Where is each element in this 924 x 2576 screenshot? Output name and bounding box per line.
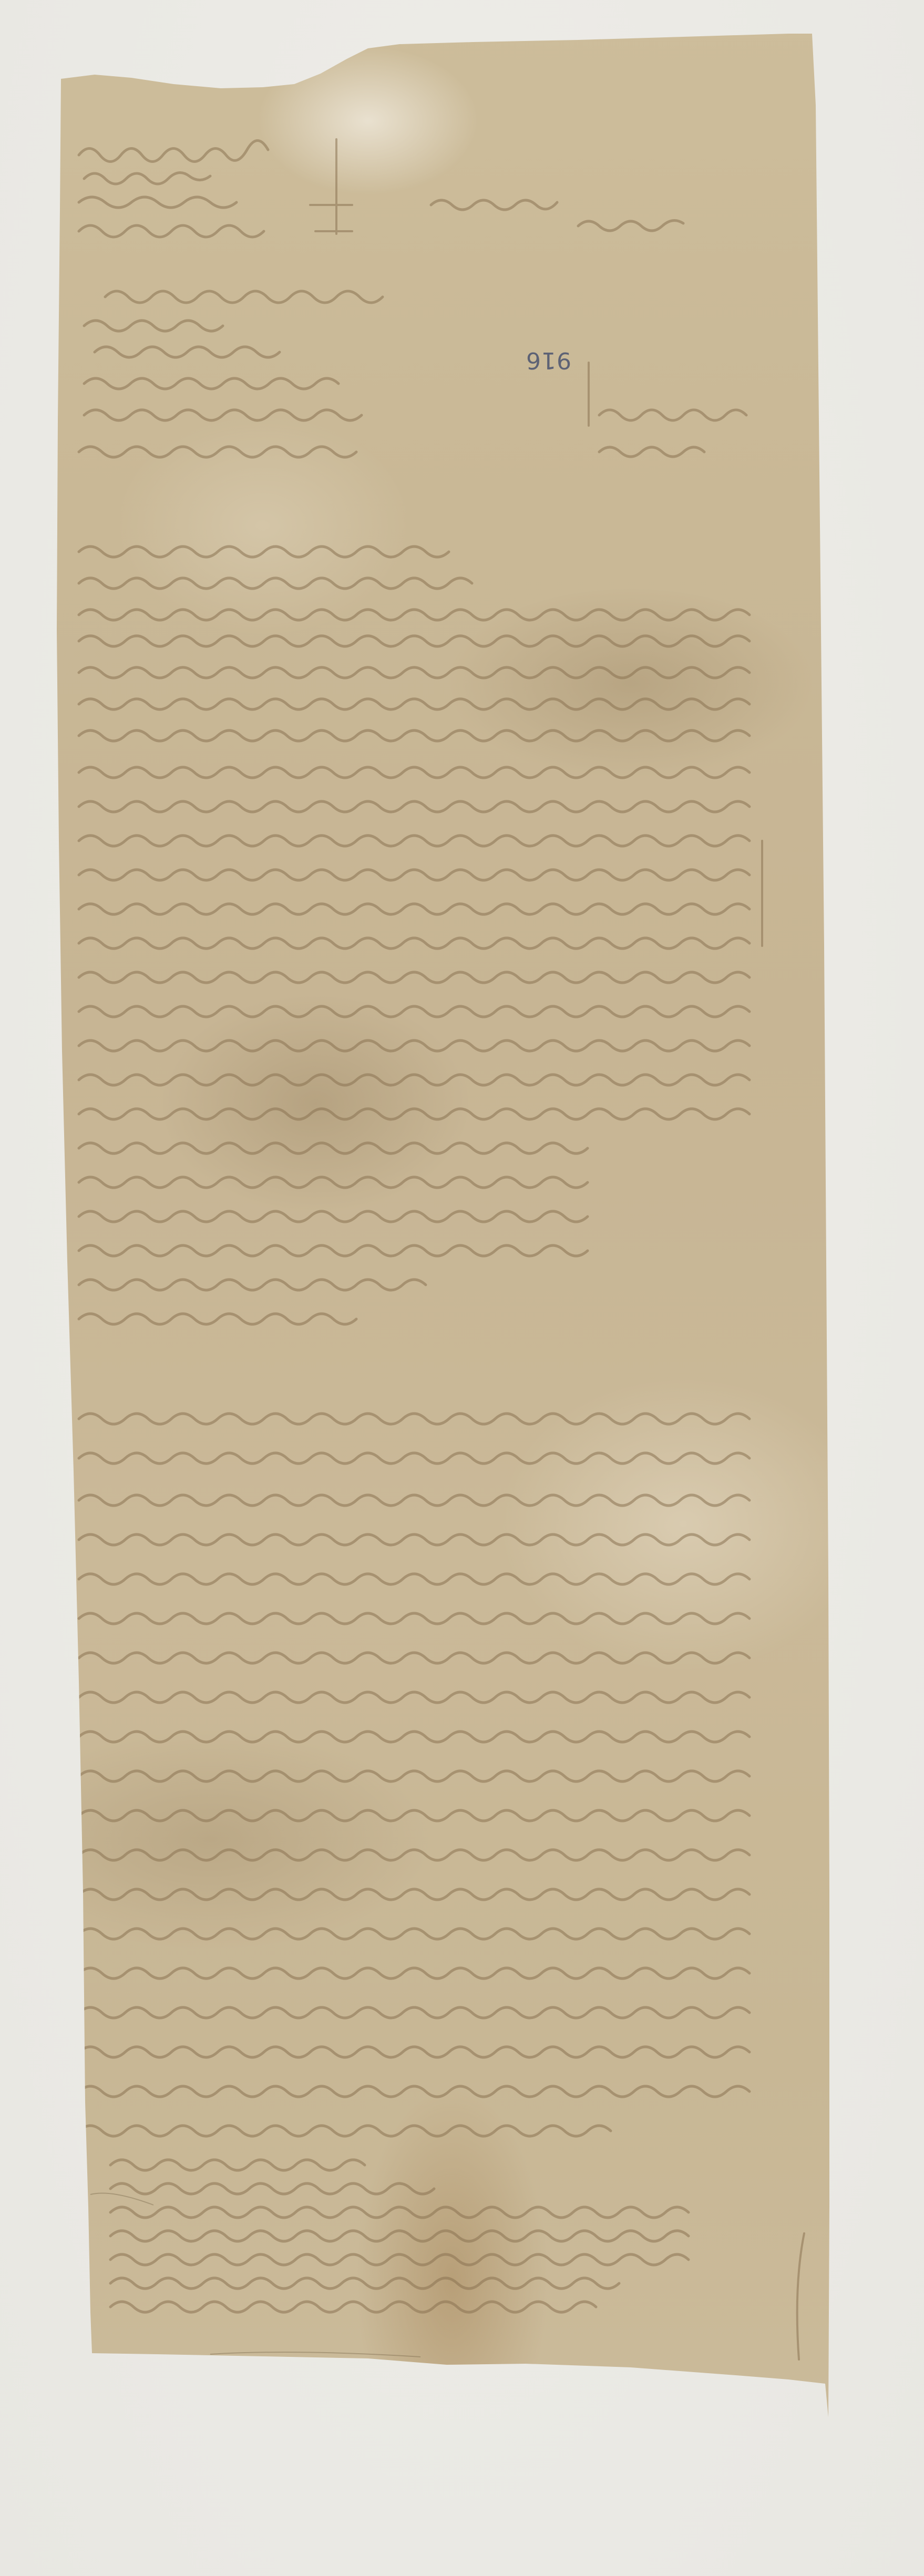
parchment-sheet: 916	[0, 0, 924, 2576]
archive-number-pencil: 916	[526, 347, 571, 374]
handwritten-script-lines	[0, 0, 924, 2576]
